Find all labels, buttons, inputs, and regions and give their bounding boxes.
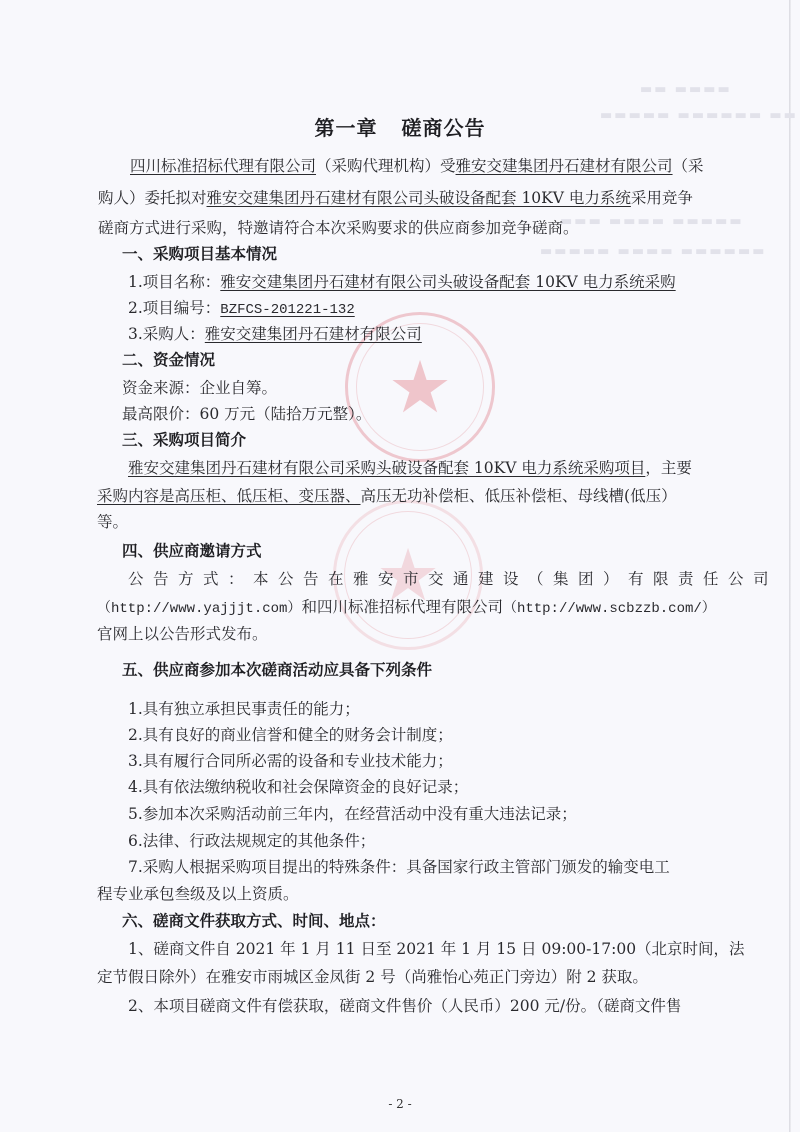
condition-item-continued: 程专业承包叁级及以上资质。: [97, 884, 299, 904]
acquisition-line-1: 1、磋商文件自 2021 年 1 月 11 日至 2021 年 1 月 15 日…: [128, 939, 745, 959]
condition-item: 7.采购人根据采购项目提出的特殊条件：具备国家行政主管部门颁发的输变电工: [128, 857, 670, 877]
intro-line-3: 磋商方式进行采购，特邀请符合本次采购要求的供应商参加竞争磋商。: [98, 218, 579, 238]
url-link-yajjjt[interactable]: （http://www.yajjjt.com）: [97, 601, 301, 617]
bleed-through-text: ▬▬ ▬▬▬▬: [640, 82, 732, 97]
buyer-name: 雅安交建集团丹石建材有限公司: [456, 157, 673, 175]
intro-line-1: 四川标准招标代理有限公司（采购代理机构）受雅安交建集团丹石建材有限公司（采: [130, 156, 704, 176]
section-heading-6: 六、磋商文件获取方式、时间、地点：: [122, 911, 386, 931]
condition-item: 6.法律、行政法规规定的其他条件；: [128, 831, 375, 851]
condition-item: 3.具有履行合同所必需的设备和专业技术能力；: [128, 751, 453, 771]
condition-item: 1.具有独立承担民事责任的能力；: [128, 699, 360, 719]
page-title: 第一章磋商公告: [0, 112, 800, 141]
publish-line-3: 官网上以公告形式发布。: [97, 624, 268, 644]
condition-item: 4.具有依法缴纳税收和社会保障资金的良好记录；: [128, 777, 468, 797]
page-number: - 2 -: [0, 1097, 800, 1111]
acquisition-line-2: 定节假日除外）在雅安市雨城区金凤街 2 号（尚雅怡心苑正门旁边）附 2 获取。: [97, 967, 648, 987]
section-heading-3: 三、采购项目简介: [122, 430, 246, 450]
publish-line-1: 公告方式：本公告在雅安市交通建设（集团）有限责任公司: [128, 569, 778, 589]
project-code-row: 2.项目编号：BZFCS-201221-132: [128, 298, 355, 320]
max-price: 最高限价：60 万元（陆拾万元整）。: [122, 404, 371, 424]
fund-source: 资金来源：企业自筹。: [122, 378, 277, 398]
summary-line-1: 雅安交建集团丹石建材有限公司采购头破设备配套 10KV 电力系统采购项目，主要: [128, 458, 692, 478]
summary-line-2: 采购内容是高压柜、低压柜、变压器、高压无功补偿柜、低压补偿柜、母线槽(低压）: [97, 486, 677, 506]
bleed-through-text: ▬▬▬▬▬ ▬▬▬▬ ▬▬▬▬▬▬: [540, 244, 767, 259]
section-heading-4: 四、供应商邀请方式: [122, 541, 262, 561]
buyer-row: 3.采购人：雅安交建集团丹石建材有限公司: [128, 324, 422, 344]
star-icon: ★: [388, 351, 453, 423]
section-heading-2: 二、资金情况: [122, 350, 215, 370]
scan-edge-line: [789, 0, 791, 1132]
project-name-row: 1.项目名称：雅安交建集团丹石建材有限公司头破设备配套 10KV 电力系统采购: [128, 272, 676, 292]
summary-line-3: 等。: [97, 512, 128, 532]
section-heading-5: 五、供应商参加本次磋商活动应具备下列条件: [122, 660, 432, 680]
intro-line-2: 购人）委托拟对雅安交建集团丹石建材有限公司头破设备配套 10KV 电力系统采用竞…: [98, 188, 693, 208]
project-name: 雅安交建集团丹石建材有限公司头破设备配套 10KV 电力系统: [207, 189, 631, 207]
publish-line-2: （http://www.yajjjt.com）和四川标准招标代理有限公司（htt…: [97, 597, 716, 619]
section-heading-1: 一、采购项目基本情况: [122, 244, 277, 264]
document-page: ▬▬ ▬▬▬▬ ▬▬▬▬▬ ▬▬▬▬▬▬ ▬▬ ▬▬▬ ▬▬▬▬ ▬▬▬▬▬ ▬…: [0, 0, 800, 1132]
acquisition-line-3: 2、本项目磋商文件有偿获取，磋商文件售价（人民币）200 元/份。（磋商文件售: [128, 996, 681, 1016]
condition-item: 2.具有良好的商业信誉和健全的财务会计制度；: [128, 725, 453, 745]
agent-name: 四川标准招标代理有限公司: [130, 157, 316, 175]
bleed-through-text: ▬▬▬ ▬▬▬▬ ▬▬▬▬▬: [560, 214, 744, 229]
url-link-scbzzb[interactable]: （http://www.scbzzb.com/）: [503, 601, 716, 617]
condition-item: 5.参加本次采购活动前三年内，在经营活动中没有重大违法记录；: [128, 804, 577, 824]
